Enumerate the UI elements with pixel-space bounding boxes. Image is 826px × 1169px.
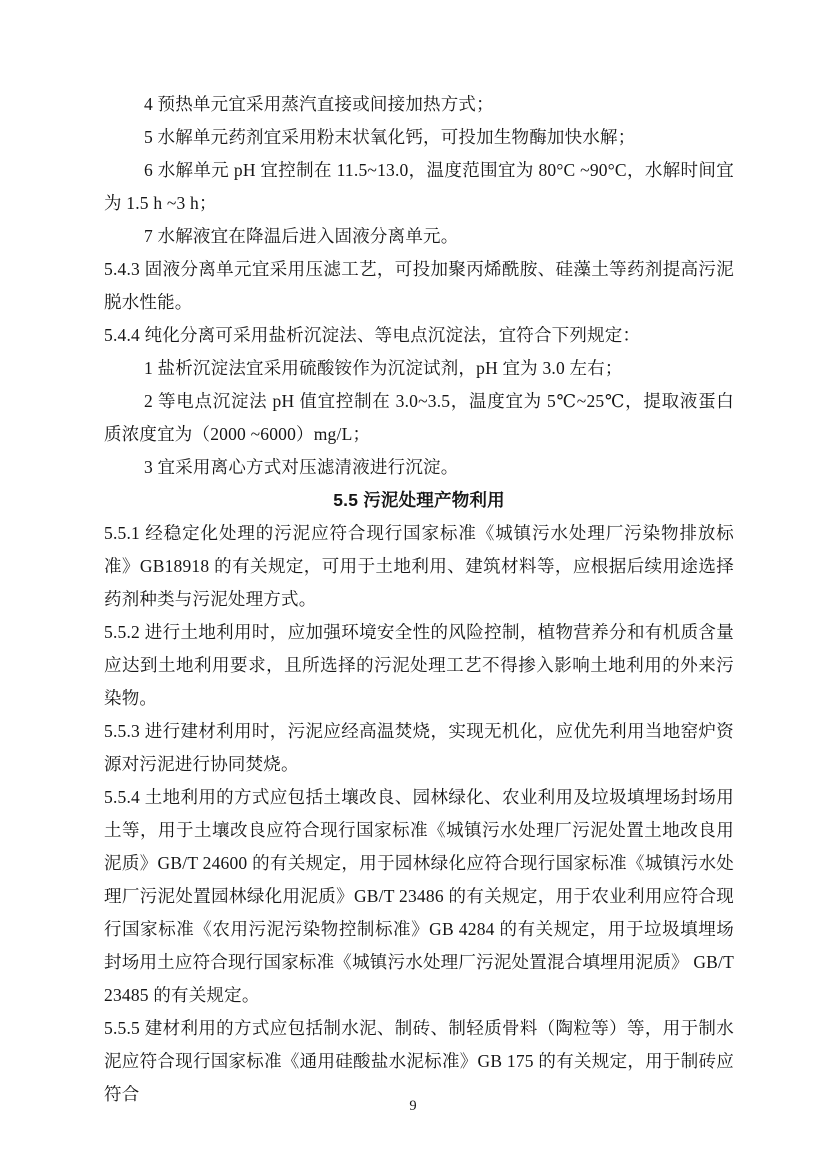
clause-paragraph: 5.5.1 经稳定化处理的污泥应符合现行国家标准《城镇污水处理厂污染物排放标准》… (104, 517, 734, 616)
section-heading: 5.5 污泥处理产物利用 (104, 484, 734, 517)
page-number: 9 (0, 1097, 826, 1115)
document-page: 4 预热单元宜采用蒸汽直接或间接加热方式； 5 水解单元药剂宜采用粉末状氧化钙，… (0, 0, 826, 1169)
list-item: 4 预热单元宜采用蒸汽直接或间接加热方式； (104, 88, 734, 121)
list-item: 3 宜采用离心方式对压滤清液进行沉淀。 (104, 451, 734, 484)
document-body: 4 预热单元宜采用蒸汽直接或间接加热方式； 5 水解单元药剂宜采用粉末状氧化钙，… (104, 88, 734, 1111)
list-item: 1 盐析沉淀法宜采用硫酸铵作为沉淀试剂，pH 宜为 3.0 左右； (104, 352, 734, 385)
list-item: 2 等电点沉淀法 pH 值宜控制在 3.0~3.5，温度宜为 5℃~25℃，提取… (104, 385, 734, 451)
clause-paragraph: 5.5.3 进行建材利用时，污泥应经高温焚烧，实现无机化，应优先利用当地窑炉资源… (104, 715, 734, 781)
list-item: 5 水解单元药剂宜采用粉末状氧化钙，可投加生物酶加快水解； (104, 121, 734, 154)
clause-paragraph: 5.4.3 固液分离单元宜采用压滤工艺，可投加聚丙烯酰胺、硅藻土等药剂提高污泥脱… (104, 253, 734, 319)
list-item: 6 水解单元 pH 宜控制在 11.5~13.0，温度范围宜为 80°C ~90… (104, 154, 734, 220)
clause-paragraph: 5.5.4 土地利用的方式应包括土壤改良、园林绿化、农业利用及垃圾填埋场封场用土… (104, 781, 734, 1012)
clause-paragraph: 5.4.4 纯化分离可采用盐析沉淀法、等电点沉淀法，宜符合下列规定： (104, 319, 734, 352)
list-item: 7 水解液宜在降温后进入固液分离单元。 (104, 220, 734, 253)
clause-paragraph: 5.5.2 进行土地利用时，应加强环境安全性的风险控制，植物营养分和有机质含量应… (104, 616, 734, 715)
